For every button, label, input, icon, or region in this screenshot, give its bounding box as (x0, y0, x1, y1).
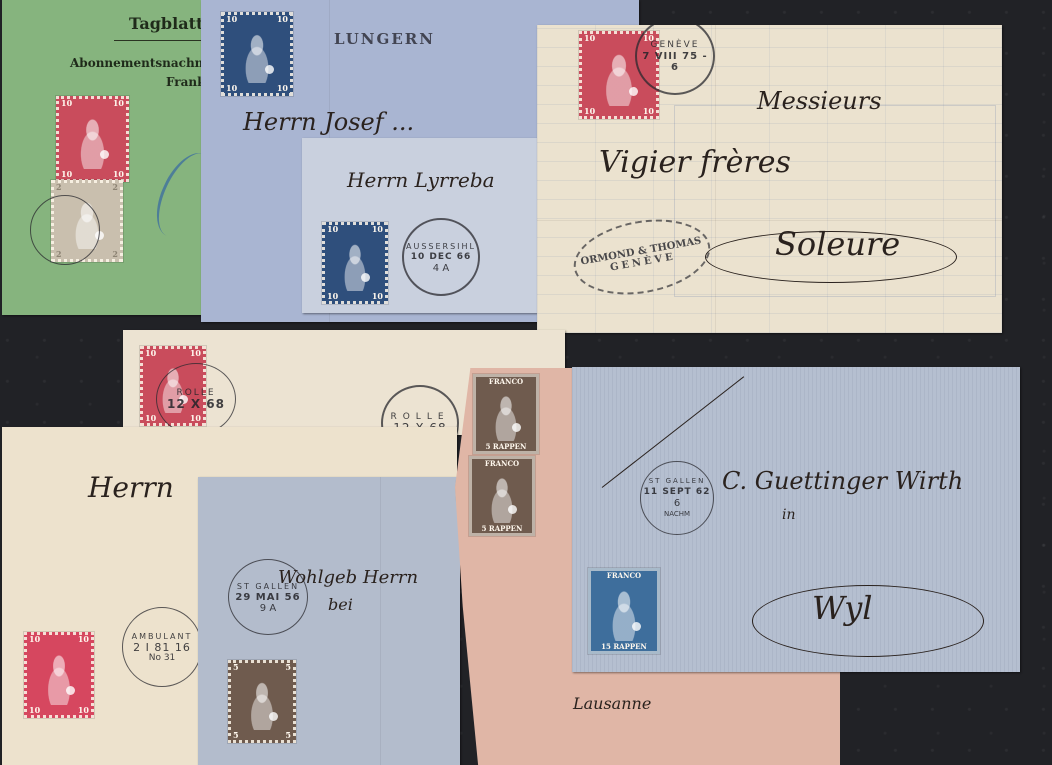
address-script: Herrn Lyrreba (347, 168, 495, 192)
helvetia-figure (601, 581, 647, 641)
helvetia-figure (240, 673, 283, 730)
fold (715, 25, 716, 333)
address-script: Herrn (88, 471, 174, 504)
postmark-aussersihl: AUSSERSIHL 10 DEC 66 4 A (402, 218, 480, 296)
printed-rule (114, 40, 214, 41)
cover-st-gallen: ST GALLEN 29 MAI 56 9 A Wohlgeb Herrn be… (198, 477, 460, 765)
linear-cancel: LUNGERN (334, 30, 435, 48)
address-line-2: Vigier frères (599, 145, 791, 180)
fold (537, 220, 1002, 221)
postmark-st-gallen-nachm: ST GALLEN 11 SEPT 62 6 NACHM (640, 461, 714, 535)
postmark-rolle-on-stamp: ROLLE 12 X 68 (156, 363, 236, 435)
helvetia-figure (481, 469, 523, 523)
helvetia-figure (69, 109, 116, 169)
address-line-1: C. Guettinger Wirth (722, 467, 963, 495)
stamp-15rp-strubel: FRANCO 15 RAPPEN (588, 568, 660, 654)
cover-aussersihl: Herrn Lyrreba 1010 1010 AUSSERSIHL 10 DE… (302, 138, 537, 313)
stamp-5rp-strubel: FRANCO 5 RAPPEN (469, 456, 535, 536)
stamp-5c-brown: 55 55 (228, 660, 296, 743)
postmark-geneve: GENÈVE 7 VIII 75 - 6 (635, 25, 715, 95)
cover-wyl: ST GALLEN 11 SEPT 62 6 NACHM C. Guetting… (572, 367, 1020, 672)
address-line-2: in (782, 507, 796, 523)
underline-swash (752, 585, 984, 657)
postmark-ambulant: AMBULANT 2 I 81 16 No 31 (122, 607, 202, 687)
address-line-1: Messieurs (757, 87, 882, 115)
helvetia-figure (37, 645, 82, 705)
printed-line1: Abonnementsnachnahme (70, 56, 214, 70)
helvetia-figure (334, 235, 376, 291)
helvetia-figure (234, 25, 280, 83)
stamp-5rp-strubel: FRANCO 5 RAPPEN (473, 374, 539, 454)
address-line-1: Wohlgeb Herrn (278, 567, 418, 588)
stamp-10c-red: 1010 1010 (56, 96, 129, 182)
helvetia-figure (485, 387, 527, 441)
stamp-10c-blue: 1010 1010 (322, 222, 388, 304)
address-script: Lausanne (573, 694, 651, 713)
stamp-10c-rose: 1010 1010 (24, 632, 94, 718)
underline-swash (705, 231, 957, 283)
address-line-2: bei (328, 595, 353, 614)
cover-geneve-soleure: 1010 1010 GENÈVE 7 VIII 75 - 6 Messieurs… (537, 25, 1002, 333)
fold (380, 477, 381, 765)
cover-tagblatt: Tagblatt d Abonnementsnachnahme Franko 1… (2, 0, 214, 315)
postmark-st-gallen (30, 195, 100, 265)
stamp-10c-blue: 1010 1010 (221, 12, 293, 96)
